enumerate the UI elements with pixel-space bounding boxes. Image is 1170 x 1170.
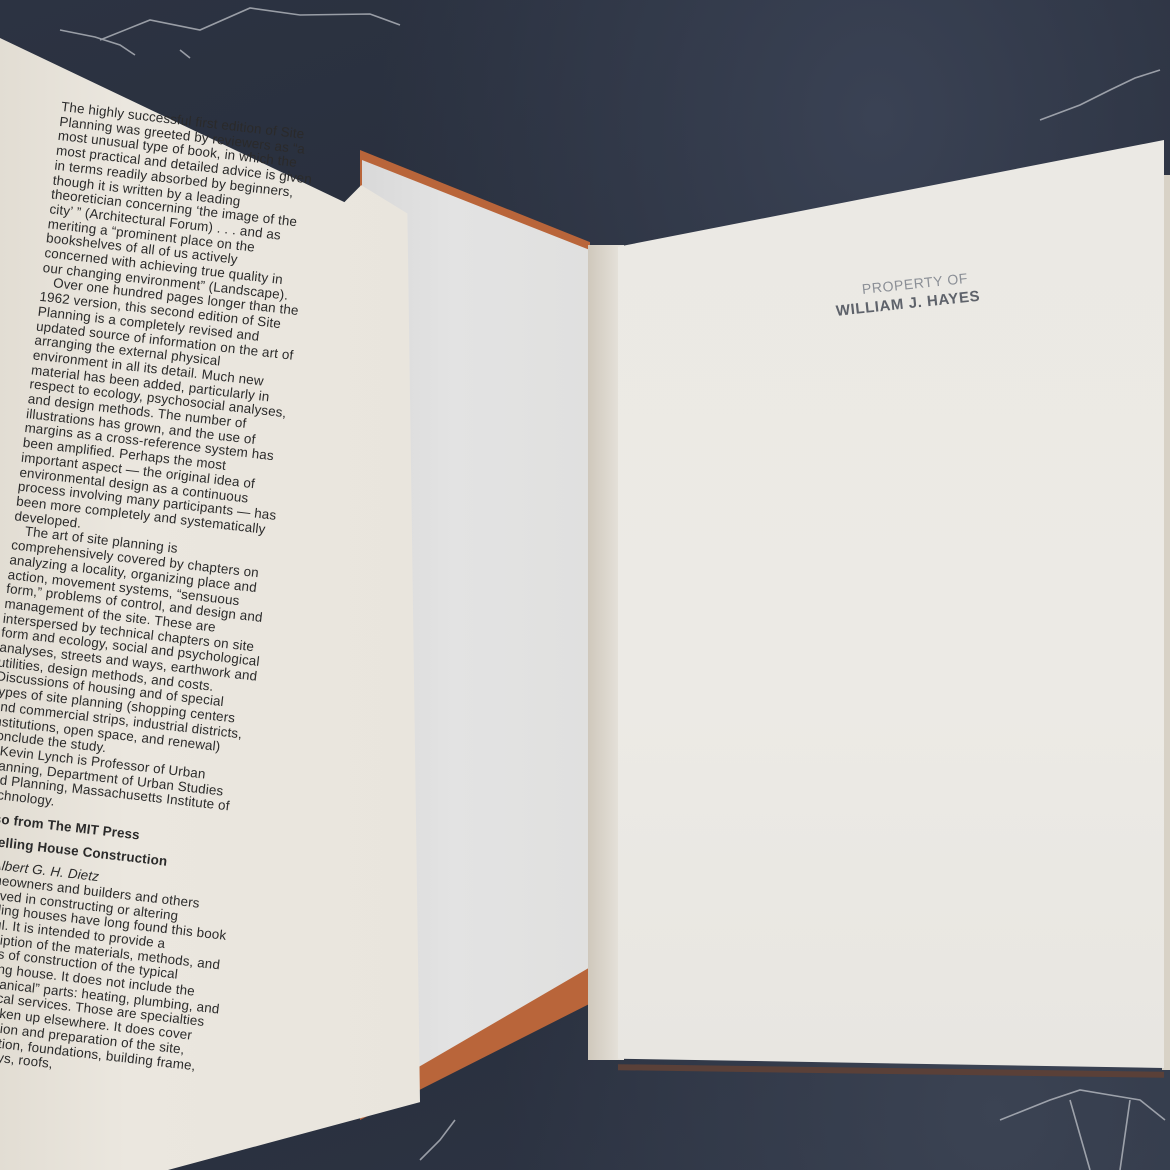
flap-paragraph-intro: The highly successful first edition of S… [42, 100, 320, 305]
flap-paragraph-second-edition: Over one hundred pages longer than the 1… [14, 275, 301, 553]
flap-paragraph-contents: The art of site planning is comprehensiv… [0, 524, 272, 773]
related-book-blurb: Homeowners and builders and others invol… [0, 871, 232, 1090]
